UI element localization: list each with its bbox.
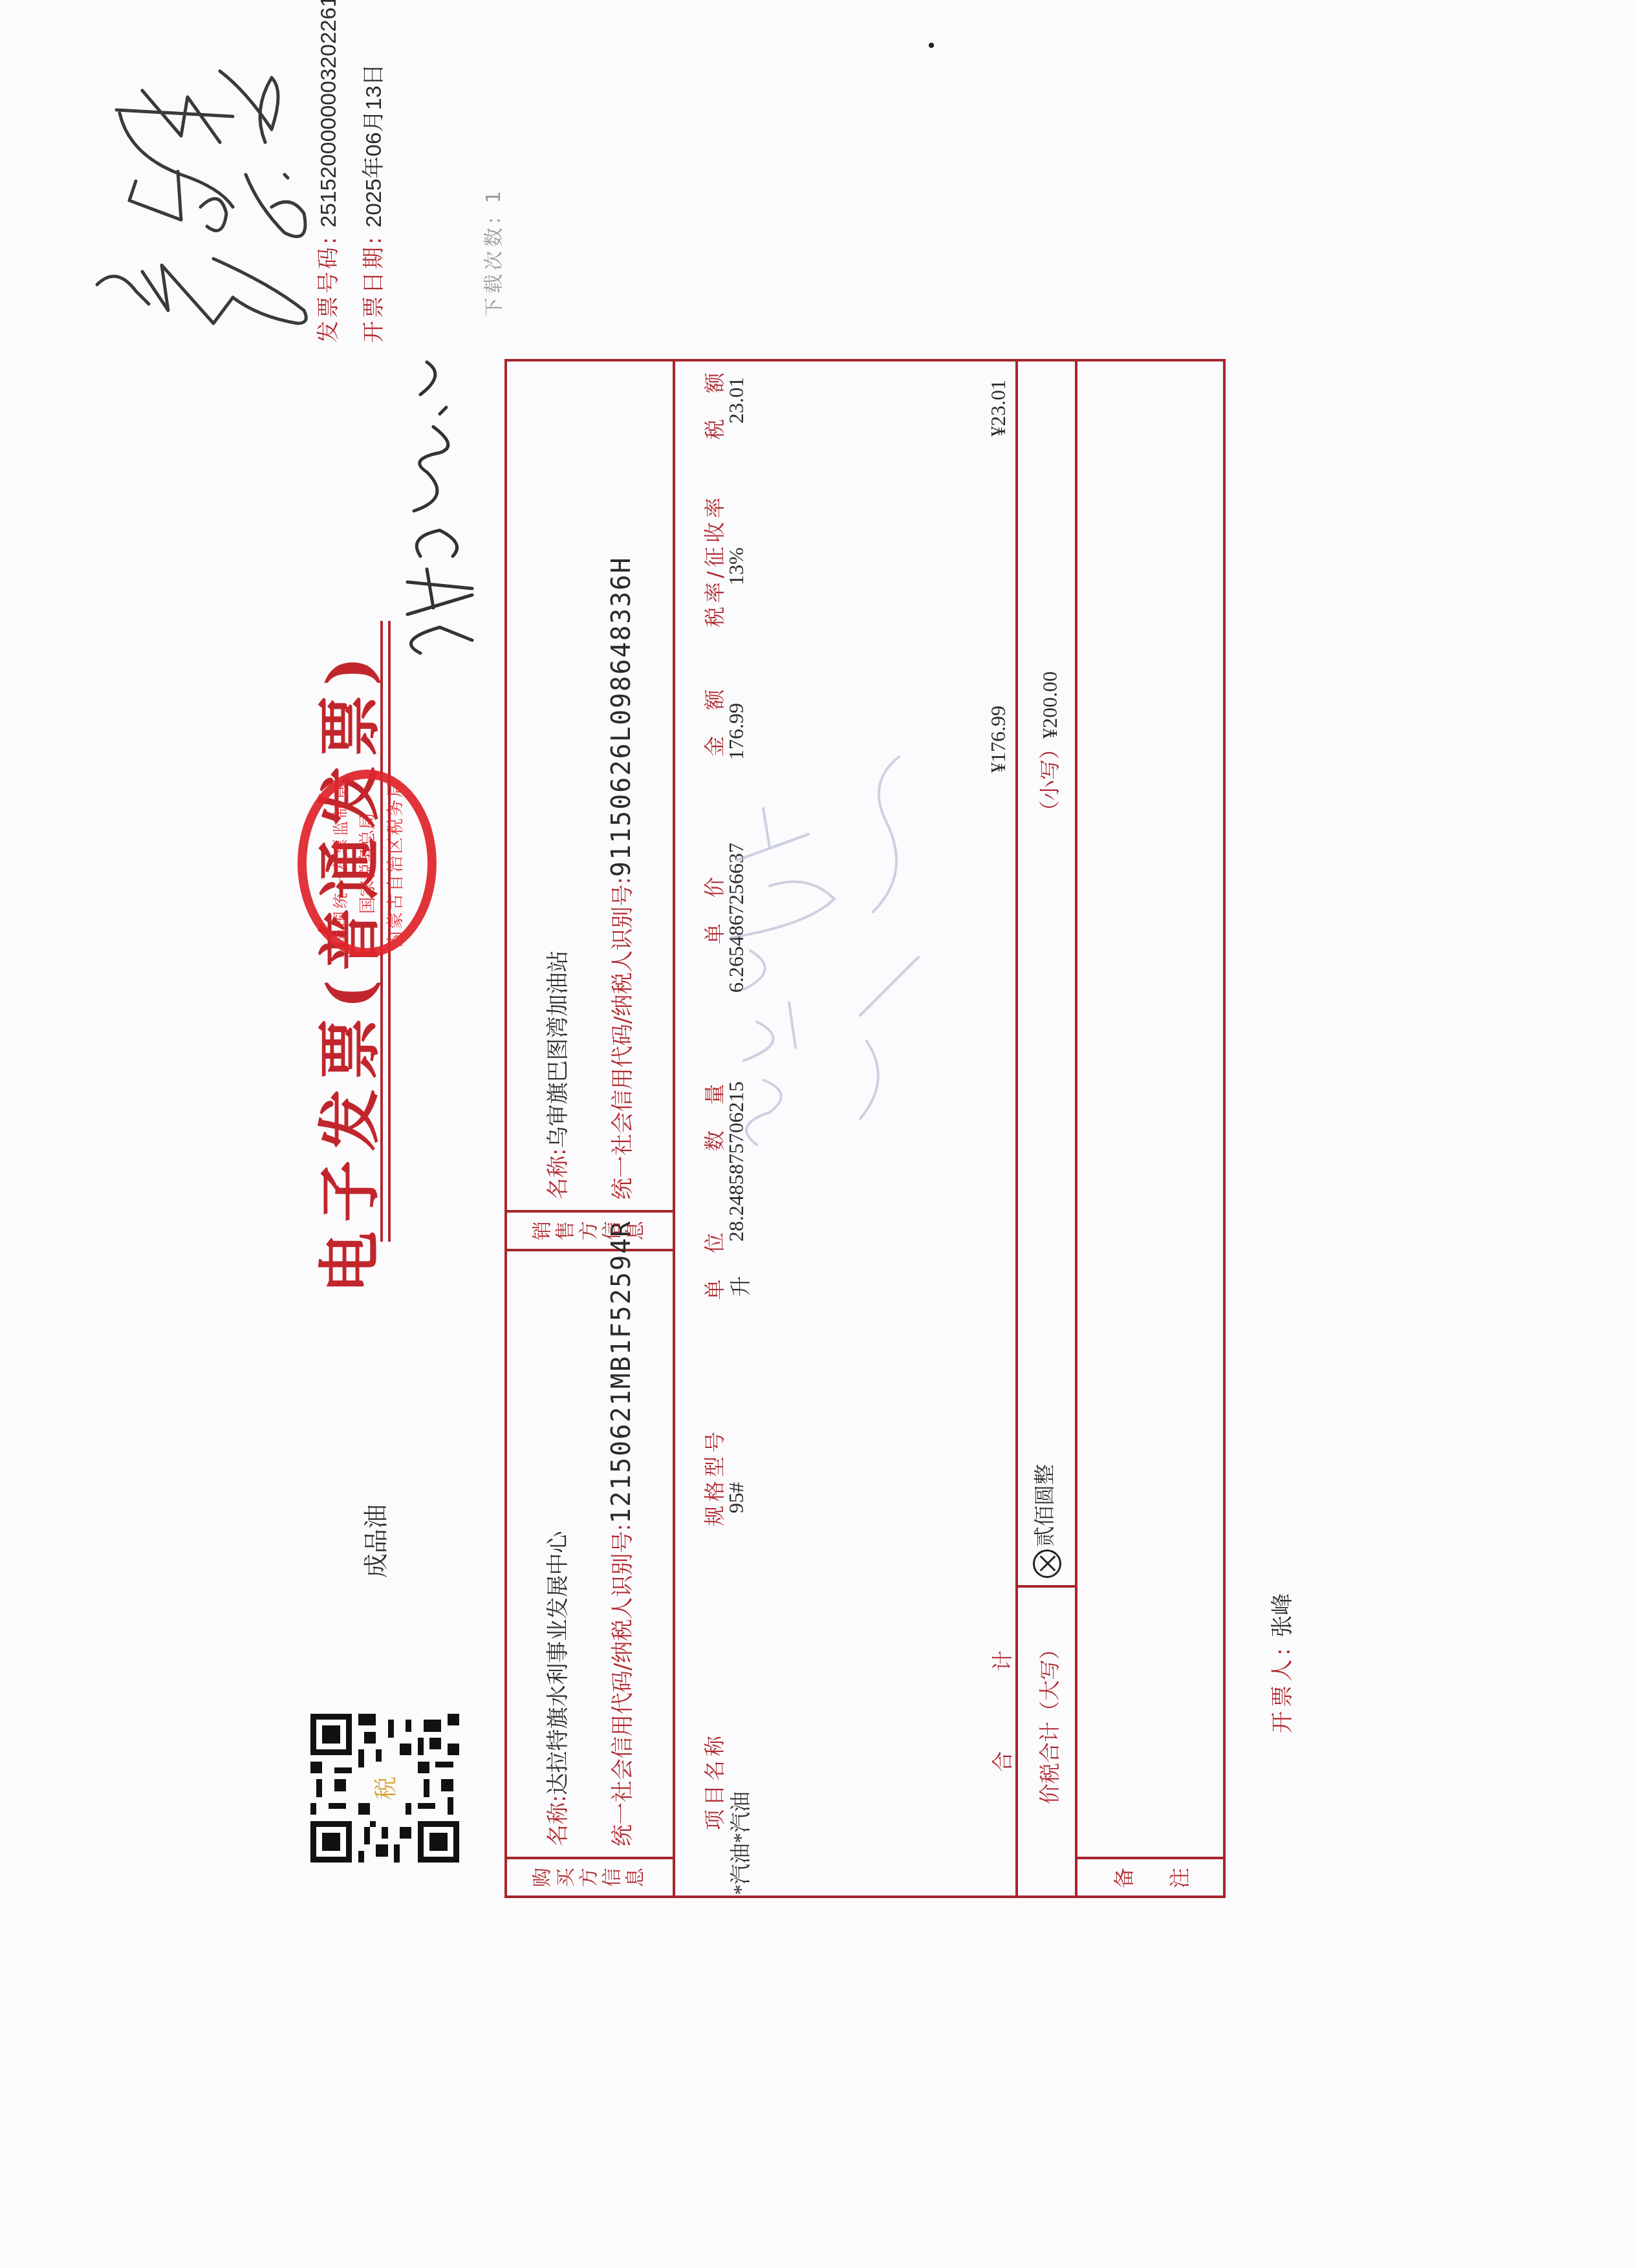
invoice-number-value: 25152000000032022616 <box>316 0 341 228</box>
seller-tax-id: 统一社会信用代码/纳税人识别号:91150626L098648336H <box>605 557 636 1200</box>
handwritten-pen-annotation <box>382 356 550 666</box>
category-label: 成品油 <box>356 1504 391 1578</box>
invoice-title: 电子发票(普通发票) <box>301 647 389 1293</box>
seller-name: 名称:乌审旗巴图湾加油站 <box>540 951 572 1200</box>
grand-total-small: （小写）¥200.00 <box>1034 671 1063 821</box>
item-tax: 23.01 <box>724 377 748 424</box>
download-count-label: 下载次数: <box>482 213 505 317</box>
buyer-name: 名称:达拉特旗水利事业发展中心 <box>540 1531 572 1846</box>
pencil-annotation <box>705 718 977 1171</box>
seal-bottom-text: 内蒙古自治区税务局 <box>382 779 406 948</box>
seal-top-text: 全国统一发票监制章 <box>328 782 351 945</box>
item-tax-rate: 13% <box>724 547 748 585</box>
issue-date-label: 开票日期: <box>361 235 387 343</box>
item-name: *汽油*汽油 <box>724 1791 754 1895</box>
issuer-label: 开票人: <box>1270 1645 1295 1733</box>
seller-section-label: 销 售 方 信 息 <box>506 1211 673 1250</box>
download-count: 下载次数: 1 <box>477 187 506 317</box>
grand-total-words-value: 贰佰圆整 <box>1032 1464 1057 1547</box>
buyer-tax-id-label: 统一社会信用代码/纳税人识别号: <box>610 1524 636 1846</box>
qr-tax-glyph: 税 <box>372 1777 400 1800</box>
buyer-name-label: 名称: <box>545 1795 571 1846</box>
totals-amount: ¥176.99 <box>986 706 1010 773</box>
issue-date-value: 2025年06月13日 <box>362 63 386 227</box>
seller-name-label: 名称: <box>545 1149 571 1200</box>
item-unit: 升 <box>724 1276 754 1297</box>
grand-total-words: 贰佰圆整 <box>1028 1464 1061 1578</box>
totals-label: 合 计 <box>986 1637 1016 1772</box>
buyer-section-label: 购 买 方 信 息 <box>506 1858 673 1897</box>
buyer-tax-id-value: 12150621MB1F52594R <box>607 1220 636 1524</box>
seller-name-value: 乌审旗巴图湾加油站 <box>545 951 571 1149</box>
issuer-name: 张峰 <box>1270 1593 1295 1637</box>
seller-tax-id-label: 统一社会信用代码/纳税人识别号: <box>610 877 636 1200</box>
grand-total-small-label: （小写） <box>1037 739 1062 821</box>
item-spec: 95# <box>724 1482 748 1513</box>
grand-total-value: ¥200.00 <box>1038 671 1061 739</box>
circled-x-icon <box>1033 1550 1061 1578</box>
seal-middle-text: 国家税务总局 <box>354 813 378 914</box>
party-row-divider <box>673 359 675 1898</box>
download-count-value: 1 <box>482 187 505 203</box>
qr-code: 税 <box>310 1714 459 1863</box>
invoice-sheet: 税 成品油 电子发票(普通发票) 全国统一发票监制章 国家税务总局 内蒙古自治区… <box>285 0 1578 1992</box>
issuer: 开票人: 张峰 <box>1264 1593 1296 1733</box>
grand-total-row-divider <box>1075 359 1077 1898</box>
buyer-tax-id: 统一社会信用代码/纳税人识别号:12150621MB1F52594R <box>605 1220 636 1846</box>
remarks-label: 备 注 <box>1076 1859 1224 1897</box>
invoice-number-label: 发票号码: <box>316 235 341 343</box>
invoice-number: 发票号码: 25152000000032022616 <box>310 0 342 343</box>
buyer-name-value: 达拉特旗水利事业发展中心 <box>545 1531 571 1795</box>
official-seal: 全国统一发票监制章 国家税务总局 内蒙古自治区税务局 <box>298 770 437 957</box>
grand-total-label-divider <box>1015 1585 1075 1588</box>
totals-tax: ¥23.01 <box>986 380 1010 437</box>
grand-total-label: 价税合计（大写） <box>1034 1639 1063 1804</box>
issue-date: 开票日期: 2025年06月13日 <box>356 63 387 343</box>
seller-tax-id-value: 91150626L098648336H <box>607 557 636 878</box>
